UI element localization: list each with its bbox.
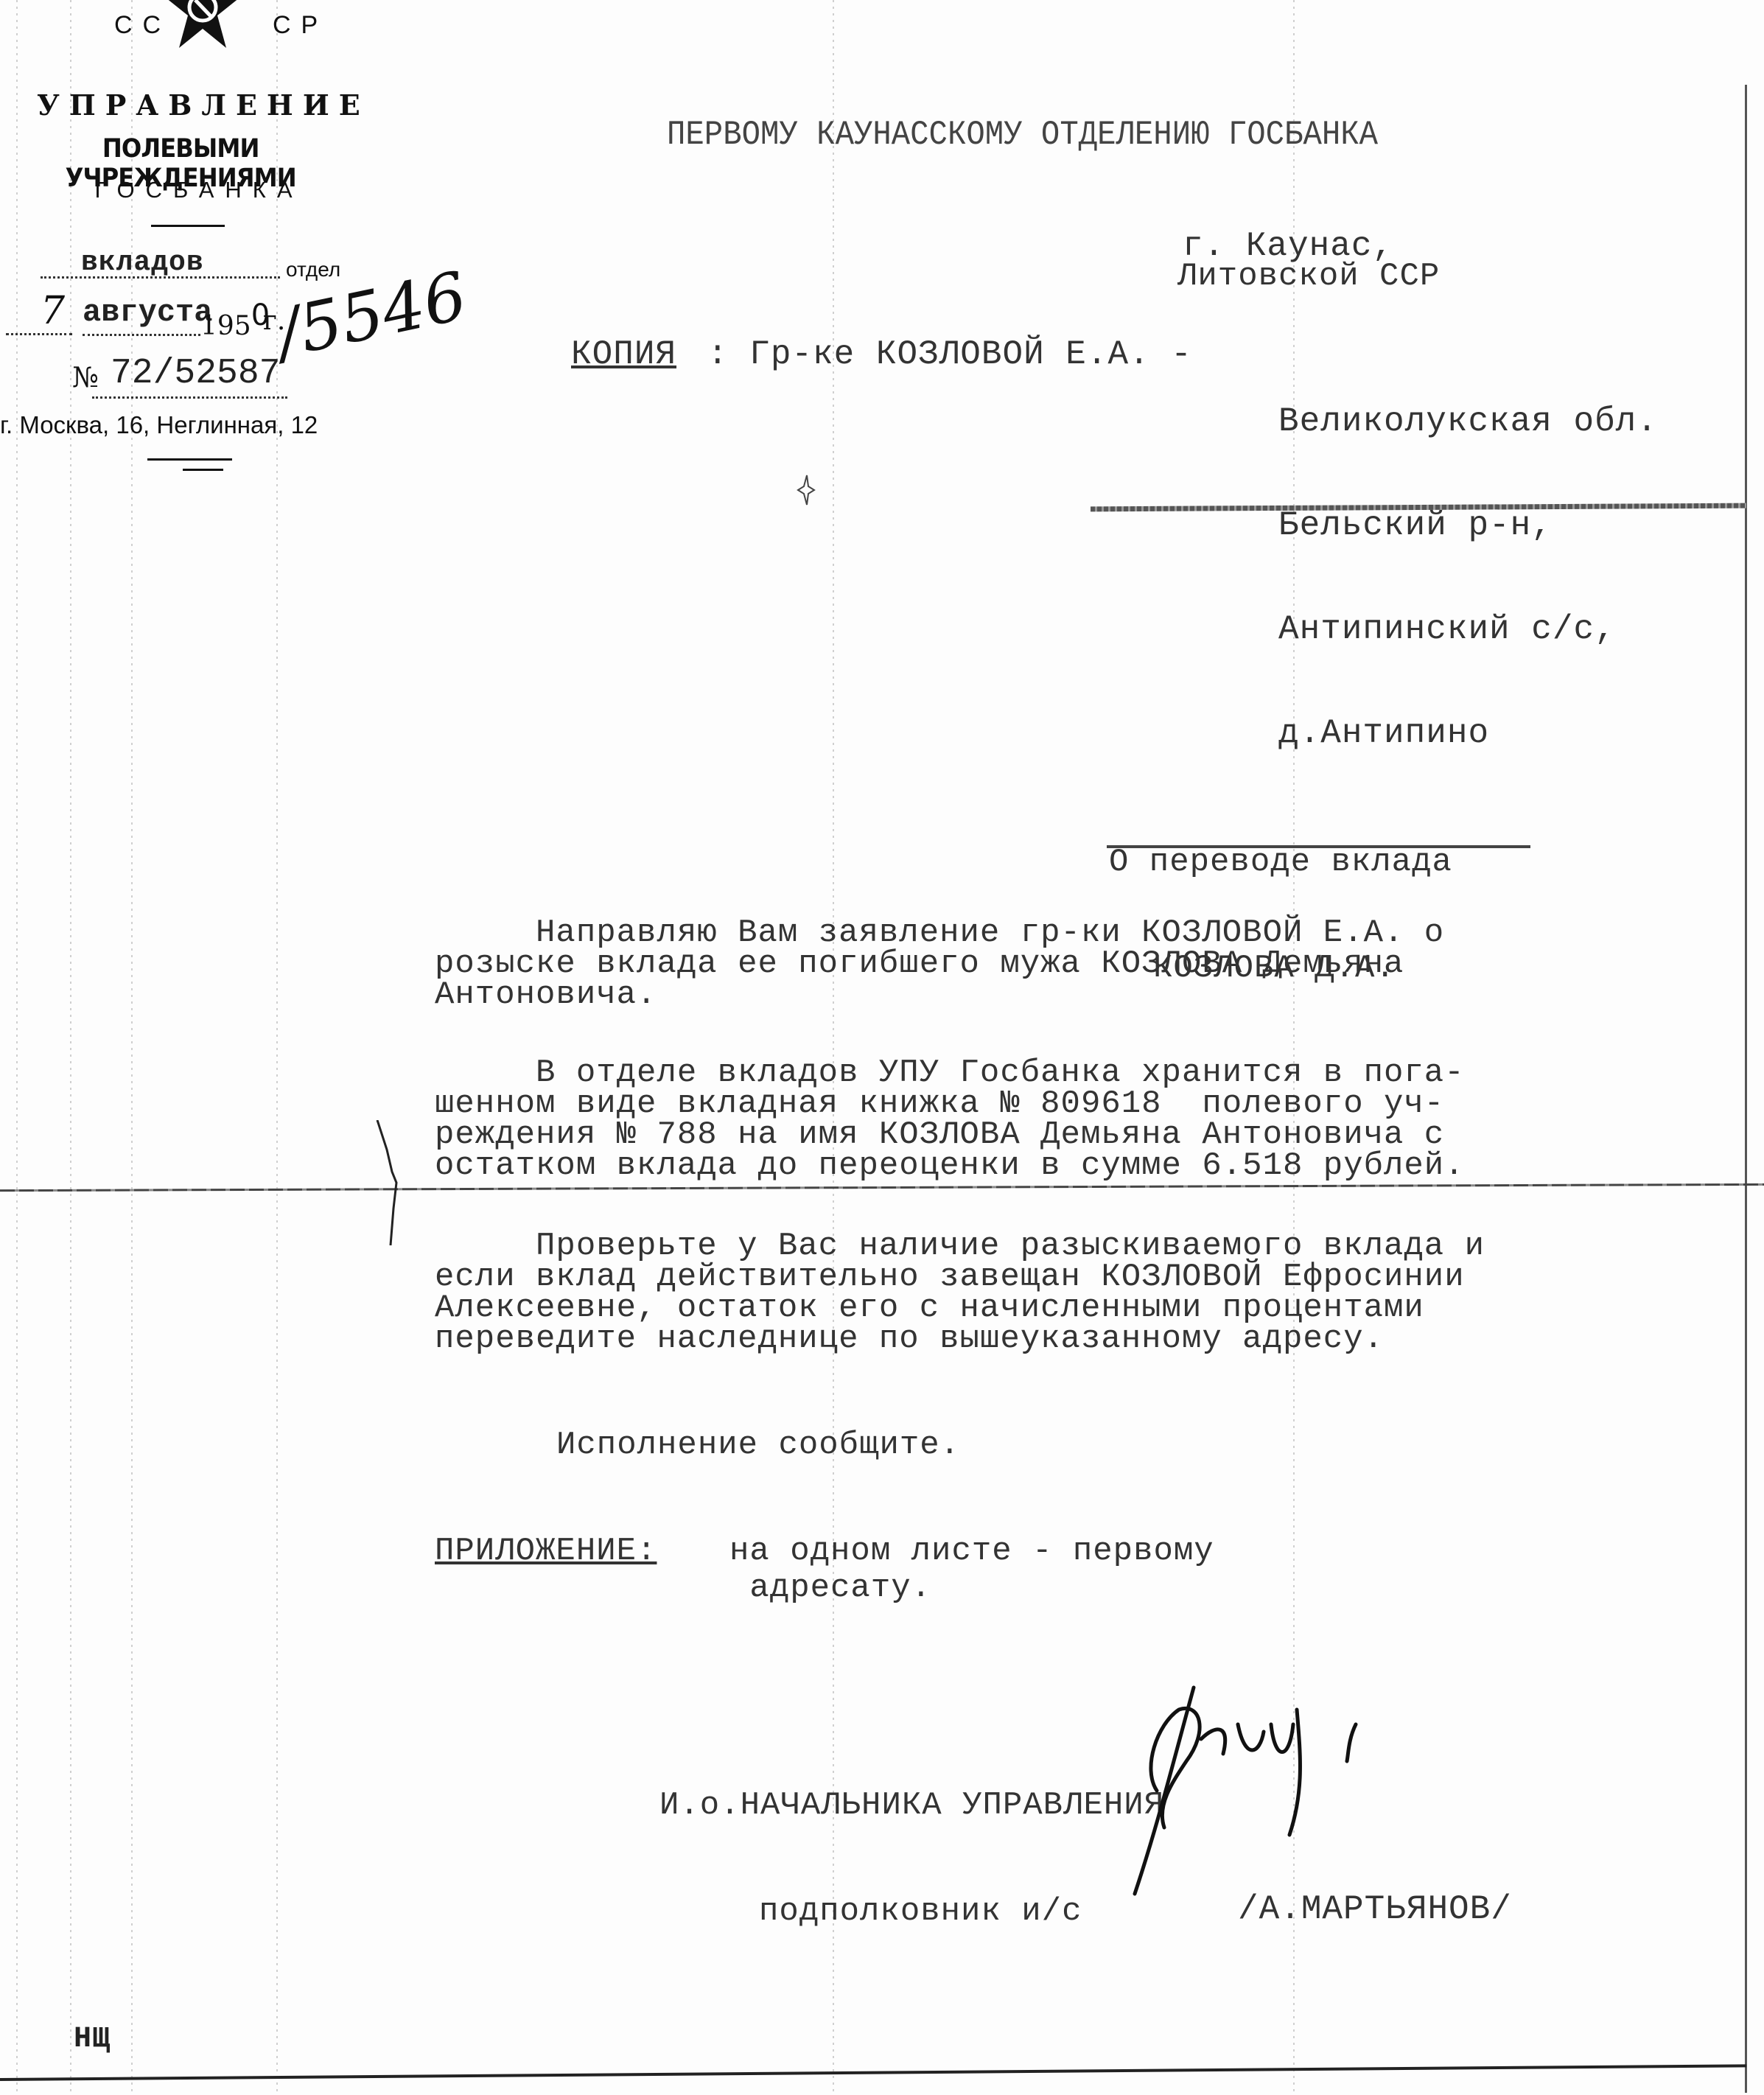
dotted-line [92,396,287,399]
org-name-line1: УПРАВЛЕНИЕ [37,88,346,122]
body-paragraph-4: Исполнение сообщите. [556,1430,960,1461]
divider [151,225,225,227]
divider [147,458,232,461]
copy-address-line: Бельский р-н, [1278,508,1658,543]
subject-line1: О переводе вклада [1109,844,1452,880]
appendix-label: ПРИЛОЖЕНИЕ: [435,1533,657,1570]
date-day: 7 [41,289,65,333]
signer-name: /А.МАРТЬЯНОВ/ [1238,1890,1512,1928]
subject-underline [1107,845,1530,848]
copy-address-line: Антипинский с/с, [1278,612,1658,647]
country-right: СР [273,11,328,40]
copy-recipient: : Гр-ке КОЗЛОВОЙ Е.А. - [707,335,1192,374]
copy-address: Великолукская обл. Бельский р-н, Антипин… [1278,335,1658,786]
body-paragraph-1: Направляю Вам заявление гр-ки КОЗЛОВОЙ Е… [435,917,1444,1010]
signatory-title-line1: И.о.НАЧАЛЬНИКА УПРАВЛЕНИЯ [659,1788,1164,1823]
scan-streak [16,0,18,2095]
typist-initials: НЩ [74,2023,111,2056]
document-number: 72/52587 [111,354,280,394]
copy-address-line: д.Антипино [1278,716,1658,751]
appendix-text: на одном листе - первому адресату. [729,1533,1214,1606]
handwritten-signature [1113,1680,1393,1901]
page-edge [1745,85,1747,2093]
recipient-line: ПЕРВОМУ КАУНАССКОМУ ОТДЕЛЕНИЮ ГОСБАНКА [667,116,1378,154]
number-sign: № [72,361,99,394]
dotted-line [41,276,280,279]
ink-blot [792,472,822,508]
paper-crease [0,1183,1764,1192]
body-paragraph-2: В отделе вкладов УПУ Госбанка хранится в… [435,1057,1465,1181]
copy-label: КОПИЯ [571,335,676,374]
date-year: 1950 [200,298,270,341]
country-left: СС [114,11,171,40]
signatory-title-line2: подполковник и/с [659,1894,1164,1929]
department-value: вкладов [81,247,204,279]
sender-address: г. Москва, 16, Неглинная, 12 [0,411,318,439]
dotted-line [6,333,72,335]
date-year-prefix: 195 [200,311,251,341]
paper-tear-mark [376,1120,405,1245]
date-month: августа [83,295,212,330]
signatory-title: И.о.НАЧАЛЬНИКА УПРАВЛЕНИЯ подполковник и… [659,1717,1164,1965]
page-edge [0,2064,1746,2081]
copy-address-line: Великолукская обл. [1278,405,1658,439]
divider [183,469,223,471]
body-paragraph-3: Проверьте у Вас наличие разыскиваемого в… [435,1231,1485,1354]
scan-streak [70,0,71,2095]
org-name-line3: ГОСБАНКА [63,177,335,203]
recipient-region: Литовской ССР [1177,258,1440,295]
department-label: отдел [286,258,340,281]
dotted-line [83,334,200,336]
star-hammer-sickle-icon [166,0,239,55]
